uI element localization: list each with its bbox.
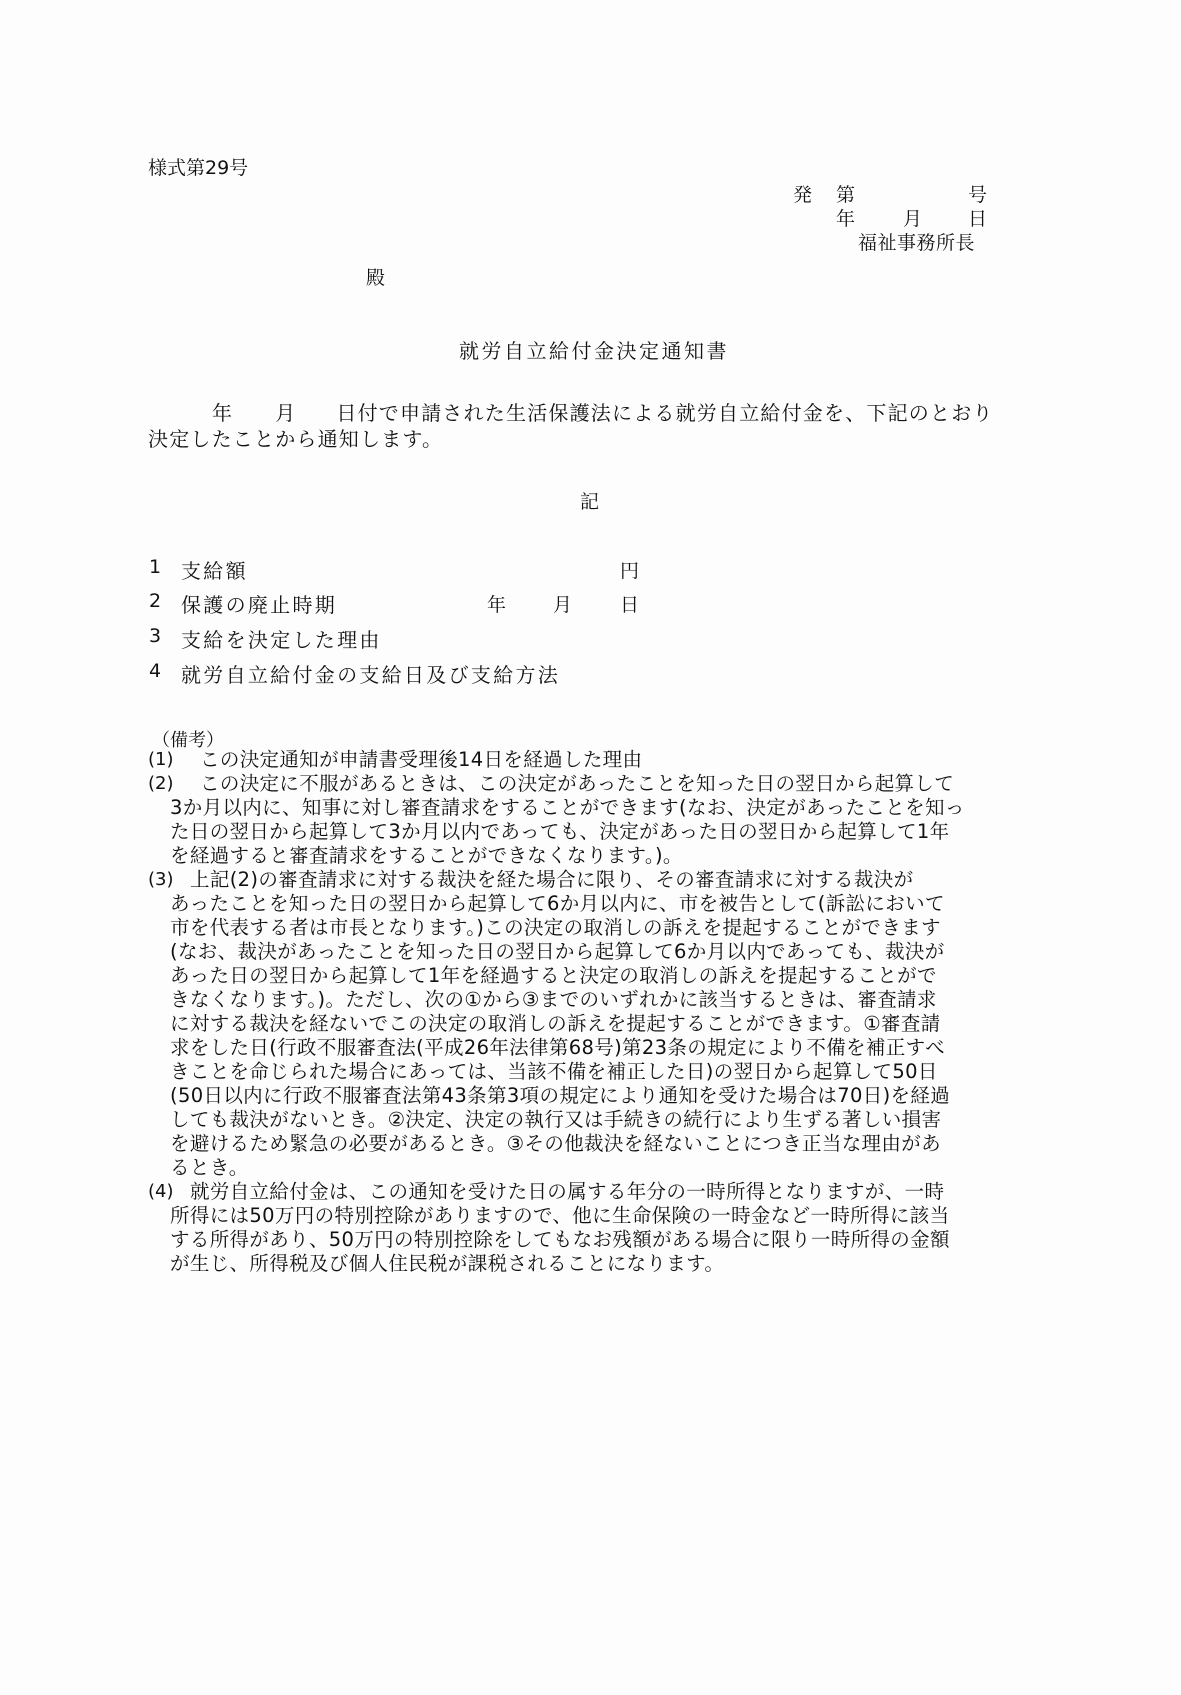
note-line: この決定に不服があるときは、この決定があったことを知った日の翌日から起算して bbox=[200, 772, 954, 796]
note-line: を避けるため緊急の必要があるとき。③その他裁決を経ないことにつき正当な理由があ bbox=[170, 1132, 941, 1156]
note-line: 求をした日(行政不服審査法(平成26年法律第68号)第23条の規定により不備を補… bbox=[170, 1036, 945, 1060]
note-line: 市を代表する者は市長となります。)この決定の取消しの訴えを提起することができます bbox=[170, 916, 941, 940]
intro-month: 月 bbox=[275, 401, 296, 425]
item-number: 2 bbox=[149, 590, 161, 612]
note-line: する所得があり、50万円の特別控除をしてもなお残額がある場合に限り一時所得の金額 bbox=[170, 1228, 950, 1252]
issue-date-month: 月 bbox=[903, 207, 922, 231]
intro-line-2: 決定したことから通知します。 bbox=[148, 423, 443, 452]
note-line: るとき。 bbox=[170, 1156, 249, 1180]
note-number: (3) bbox=[148, 868, 174, 892]
amount-unit: 円 bbox=[620, 556, 639, 583]
note-number: (2) bbox=[148, 772, 174, 796]
issue-dai: 第 bbox=[836, 183, 855, 207]
item-label: 支給を決定した理由 bbox=[181, 624, 382, 653]
form-number: 様式第29号 bbox=[148, 153, 248, 180]
note-line: この決定通知が申請書受理後14日を経過した理由 bbox=[200, 748, 642, 772]
intro-year: 年 bbox=[212, 401, 233, 425]
item-label: 支給額 bbox=[181, 555, 248, 584]
note-line: あったことを知った日の翌日から起算して6か月以内に、市を被告として(訴訟において bbox=[170, 892, 945, 916]
note-line: が生じ、所得税及び個人住民税が課税されることになります。 bbox=[170, 1252, 724, 1276]
note-line: あった日の翌日から起算して1年を経過すると決定の取消しの訴えを提起することがで bbox=[170, 964, 937, 988]
note-line: に対する裁決を経ないでこの決定の取消しの訴えを提起することができます。①審査請 bbox=[170, 1012, 941, 1036]
note-line: 所得には50万円の特別控除がありますので、他に生命保険の一時金など一時所得に該当 bbox=[170, 1204, 949, 1228]
intro-line-1: 年月日付で申請された生活保護法による就労自立給付金を、下記のとおり bbox=[148, 397, 994, 426]
document-title: 就労自立給付金決定通知書 bbox=[459, 335, 729, 364]
note-line: しても裁決がないとき。②決定、決定の執行又は手続きの続行により生ずる著しい損害 bbox=[170, 1108, 941, 1132]
date-month: 月 bbox=[553, 590, 572, 617]
issue-prefix: 発 bbox=[793, 183, 812, 207]
note-line: 就労自立給付金は、この通知を受けた日の属する年分の一時所得となりますが、一時 bbox=[190, 1180, 944, 1204]
note-line: を経過すると審査請求をすることができなくなります。)。 bbox=[170, 844, 683, 868]
record-heading: 記 bbox=[580, 487, 599, 514]
item-number: 1 bbox=[149, 556, 161, 578]
item-number: 4 bbox=[149, 660, 161, 682]
note-line: (50日以内に行政不服審査法第43条第3項の規定により通知を受けた場合は70日)… bbox=[170, 1084, 950, 1108]
note-line: (なお、裁決があったことを知った日の翌日から起算して6か月以内であっても、裁決が bbox=[170, 940, 945, 964]
issue-date-day: 日 bbox=[968, 207, 987, 231]
note-line: きなくなります。)。ただし、次の①から③までのいずれかに該当するときは、審査請求 bbox=[170, 988, 937, 1012]
date-year: 年 bbox=[487, 590, 506, 617]
item-label: 保護の廃止時期 bbox=[181, 589, 337, 618]
note-line: 3か月以内に、知事に対し審査請求をすることができます(なお、決定があったことを知… bbox=[170, 796, 965, 820]
date-day: 日 bbox=[620, 590, 639, 617]
note-number: (4) bbox=[148, 1180, 174, 1204]
issue-date-year: 年 bbox=[836, 207, 855, 231]
note-line: 上記(2)の審査請求に対する裁決を経た場合に限り、その審査請求に対する裁決が bbox=[190, 868, 913, 892]
note-number: (1) bbox=[148, 748, 174, 772]
issue-gou: 号 bbox=[968, 183, 987, 207]
item-label: 就労自立給付金の支給日及び支給方法 bbox=[181, 659, 560, 688]
item-number: 3 bbox=[149, 625, 161, 647]
note-line: きことを命じられた場合にあっては、当該不備を補正した日)の翌日から起算して50日 bbox=[170, 1060, 938, 1084]
intro-text: 日付で申請された生活保護法による就労自立給付金を、下記のとおり bbox=[336, 401, 993, 425]
note-line: た日の翌日から起算して3か月以内であっても、決定があった日の翌日から起算して1年 bbox=[170, 820, 949, 844]
addressee-honorific: 殿 bbox=[366, 263, 385, 290]
issuer-office: 福祉事務所長 bbox=[858, 231, 975, 255]
